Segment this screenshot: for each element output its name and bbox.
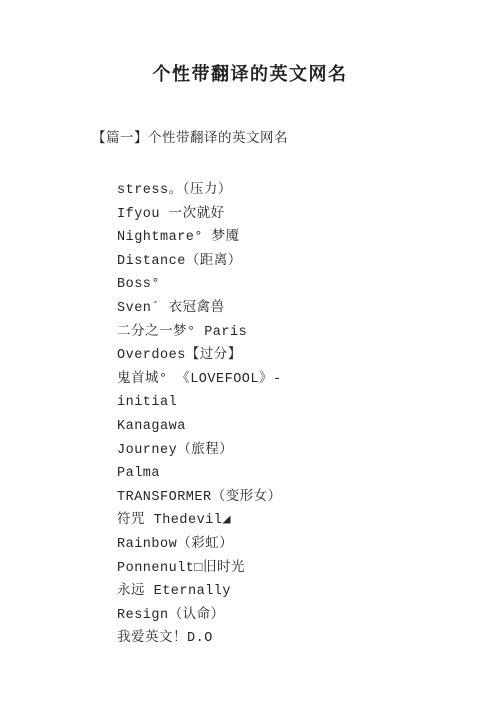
list-item: Rainbow（彩虹）: [117, 533, 500, 557]
list-item: Palma: [117, 462, 500, 486]
list-item: Nightmare° 梦魇: [117, 226, 500, 250]
list-item: 我爱英文！D.O: [117, 627, 500, 651]
list-item: Journey（旅程）: [117, 439, 500, 463]
page-title: 个性带翻译的英文网名: [0, 0, 500, 86]
list-item: Ponnenult□旧时光: [117, 557, 500, 581]
list-item: 二分之一梦° Paris: [117, 321, 500, 345]
list-item: initial: [117, 391, 500, 415]
list-item: Boss°: [117, 273, 500, 297]
list-item: stress。（压力）: [117, 179, 500, 203]
section-heading: 【篇一】个性带翻译的英文网名: [92, 126, 500, 147]
list-item: 鬼首城° 《LOVEFOOL》-: [117, 368, 500, 392]
list-item: Ifyou 一次就好: [117, 203, 500, 227]
list-item: 永远 Eternally: [117, 580, 500, 604]
list-item: Sven´ 衣冠禽兽: [117, 297, 500, 321]
list-item: 符咒 Thedevil◢: [117, 509, 500, 533]
list-item: Overdoes【过分】: [117, 344, 500, 368]
list-item: Resign（认命）: [117, 604, 500, 628]
list-item: TRANSFORMER（变形女）: [117, 486, 500, 510]
document-page: 个性带翻译的英文网名 【篇一】个性带翻译的英文网名 stress。（压力）Ify…: [0, 0, 500, 707]
list-item: Kanagawa: [117, 415, 500, 439]
list-item: Distance（距离）: [117, 250, 500, 274]
name-list: stress。（压力）Ifyou 一次就好Nightmare° 梦魇Distan…: [117, 179, 500, 651]
